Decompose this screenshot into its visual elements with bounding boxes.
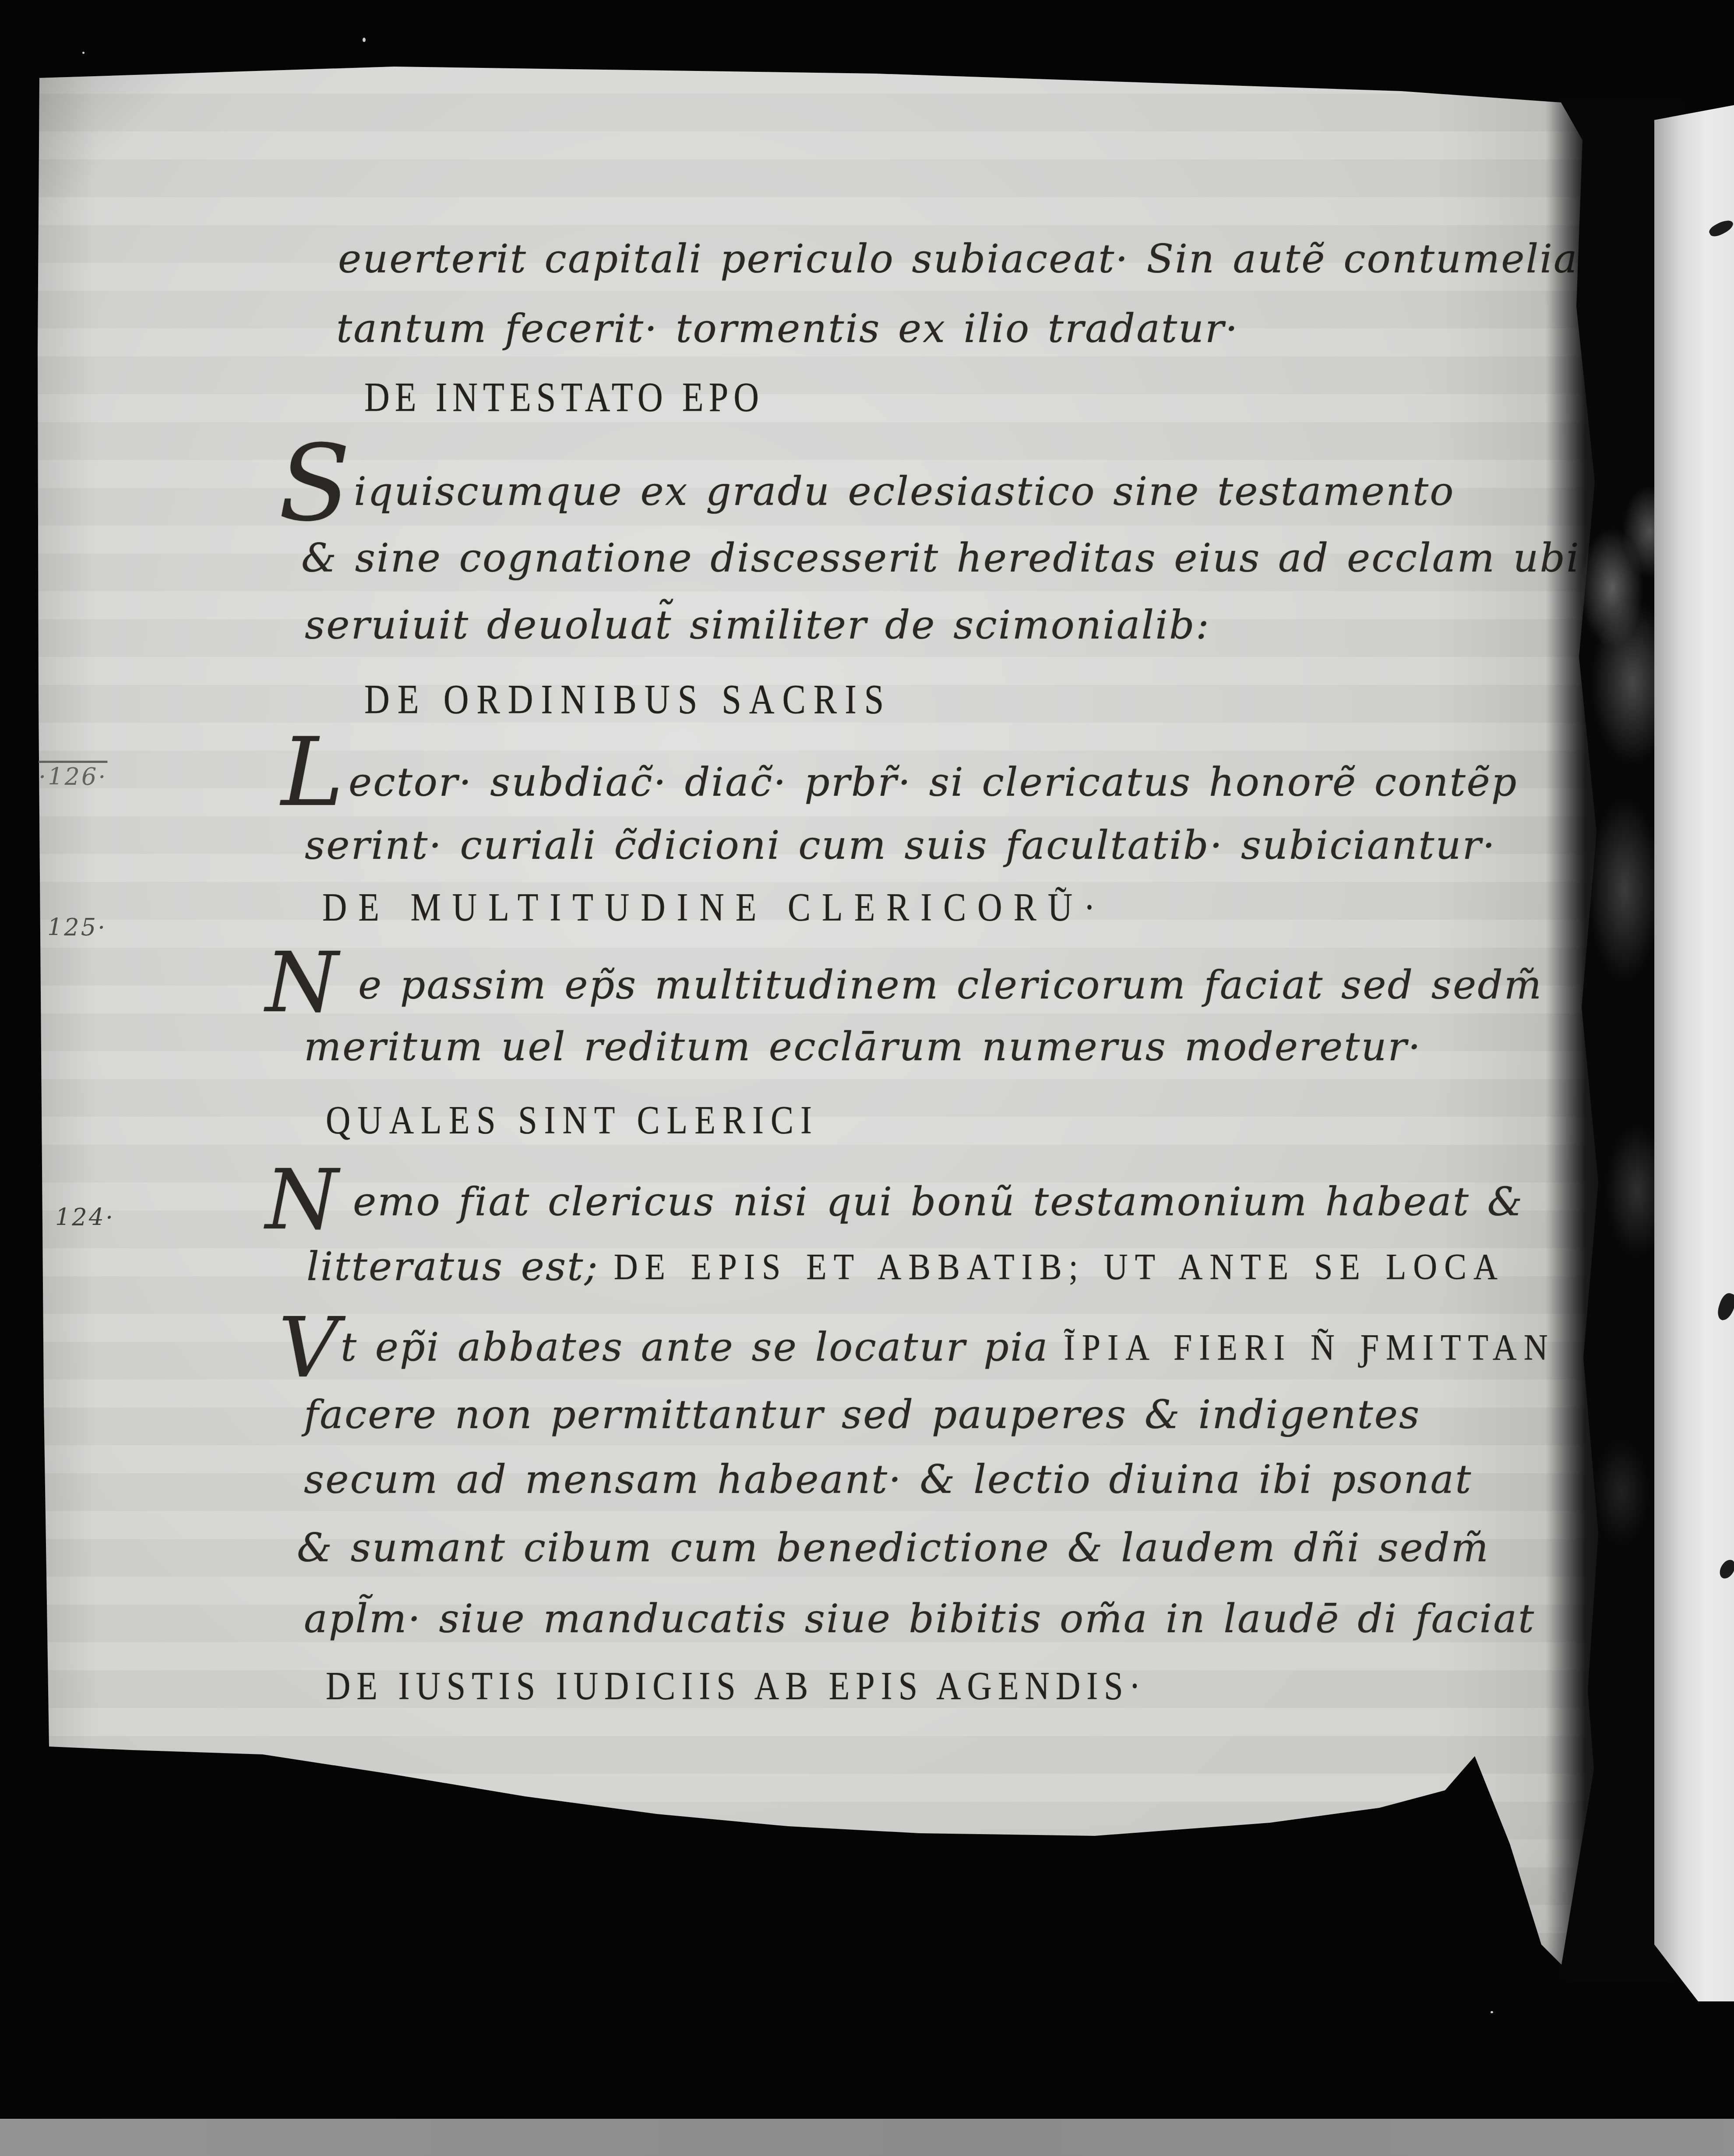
dust-speck [363, 38, 366, 42]
text-line: iquiscumque ex gradu eclesiastico sine t… [354, 472, 1455, 512]
dust-speck [82, 52, 85, 54]
text-line: e passim ep̃s multitudinem clericorum fa… [358, 966, 1543, 1005]
manuscript-photo: ·126· 125· 124· euerterit capitali peric… [0, 0, 1734, 2156]
text-line: litteratus est;DE EPIS ET ABBATIB; UT AN… [307, 1247, 1505, 1287]
film-strip [0, 2119, 1734, 2156]
margin-number-124: 124· [55, 1203, 115, 1231]
margin-number-125: 125· [47, 914, 107, 941]
chapter-heading: QUALES SINT CLERICI [326, 1097, 819, 1143]
initial-letter: L [281, 735, 344, 810]
facing-page-edge [1654, 105, 1734, 2001]
text-line: secum ad mensam habeant· & lectio diuina… [304, 1460, 1472, 1500]
text-line: t ep̃i abbates ante se locatur piaĨPIA F… [341, 1328, 1555, 1367]
text-line: seruiuit deuoluat̃ similiter de scimonia… [305, 606, 1210, 645]
dust-speck [1491, 2011, 1493, 2013]
chapter-heading: DE IUSTIS IUDICIIS AB EPIS AGENDIS· [326, 1662, 1147, 1709]
chapter-heading: DE MULTITUDINE CLERICORŨ· [322, 884, 1107, 930]
chapter-heading: DE INTESTATO EPO [364, 375, 764, 422]
initial-letter: S [278, 441, 350, 526]
text-line: euerterit capitali periculo subiaceat· S… [338, 240, 1579, 279]
margin-number-126: ·126· [39, 763, 107, 790]
inline-heading: DE EPIS ET ABBATIB; UT ANTE SE LOCA [614, 1249, 1505, 1286]
text-segment: litteratus est; [307, 1244, 599, 1290]
text-line: apl̃m· siue manducatis siue bibitis om̃a… [304, 1599, 1535, 1639]
text-line: & sumant cibum cum benedictione & laudem… [297, 1528, 1490, 1568]
chapter-heading: DE ORDINIBUS SACRIS [364, 677, 892, 724]
initial-letter: N [265, 949, 338, 1016]
text-segment: t ep̃i abbates ante se locatur pia [341, 1324, 1049, 1370]
inline-heading: ĨPIA FIERI Ñ ƑMITTAN [1064, 1329, 1554, 1366]
text-line: serint· curiali c̃dicioni cum suis facul… [305, 826, 1496, 865]
text-line: & sine cognatione discesserit hereditas … [301, 539, 1580, 578]
initial-letter: N [265, 1167, 338, 1233]
text-line: ector· subdiac̃· diac̃· prbr̃· si cleric… [349, 763, 1518, 802]
text-line: facere non permittantur sed pauperes & i… [304, 1395, 1420, 1435]
text-line: emo fiat clericus nisi qui bonũ testamon… [353, 1182, 1524, 1222]
initial-letter: V [278, 1315, 338, 1381]
text-line: meritum uel reditum ecclārum numerus mod… [304, 1027, 1422, 1067]
text-line: tantum fecerit· tormentis ex ilio tradat… [336, 309, 1239, 349]
